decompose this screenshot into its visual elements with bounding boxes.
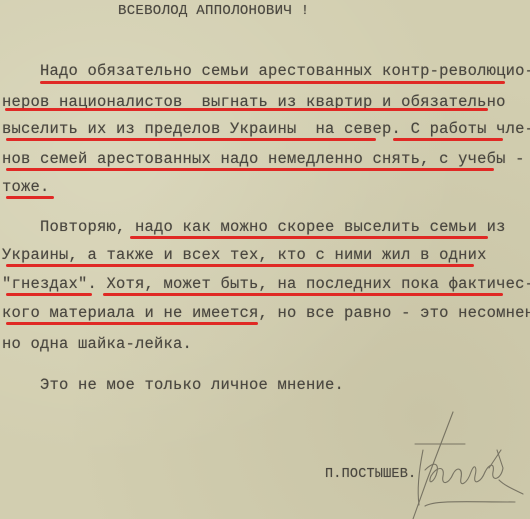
red-underline bbox=[6, 264, 474, 267]
red-underline bbox=[6, 196, 54, 199]
red-underline bbox=[6, 322, 258, 325]
red-underline bbox=[393, 138, 503, 141]
text-line-3: выселить их из пределов Украины на север… bbox=[2, 120, 530, 138]
red-underline bbox=[40, 81, 505, 84]
handwritten-signature-icon bbox=[405, 410, 530, 519]
text-line-10: но одна шайка-лейка. bbox=[2, 335, 192, 353]
signature-name: П.ПОСТЫШЕВ. bbox=[325, 466, 416, 484]
text-line-9: кого материала и не имеется, но все равн… bbox=[2, 304, 530, 322]
red-underline bbox=[130, 236, 488, 239]
text-line-11: Это не мое только личное мнение. bbox=[2, 376, 344, 394]
text-line-6: Повторяю, надо как можно скорее выселить… bbox=[2, 218, 506, 236]
greeting: ВСЕВОЛОД АППОЛОНОВИЧ ! bbox=[118, 2, 309, 20]
red-underline bbox=[5, 108, 488, 111]
red-underline bbox=[103, 293, 503, 296]
red-underline bbox=[6, 168, 494, 171]
text-line-5: тоже. bbox=[2, 178, 50, 196]
text-line-7: Украины, а также и всех тех, кто с ними … bbox=[2, 246, 487, 264]
red-underline bbox=[6, 293, 92, 296]
text-line-8: "гнездах". Хотя, может быть, на последни… bbox=[2, 275, 530, 293]
text-line-1: Надо обязательно семьи арестованных конт… bbox=[2, 62, 530, 80]
text-line-4: нов семей арестованных надо немедленно с… bbox=[2, 150, 525, 168]
document-page: ВСЕВОЛОД АППОЛОНОВИЧ ! Надо обязательно … bbox=[0, 0, 530, 519]
red-underline bbox=[6, 138, 376, 141]
